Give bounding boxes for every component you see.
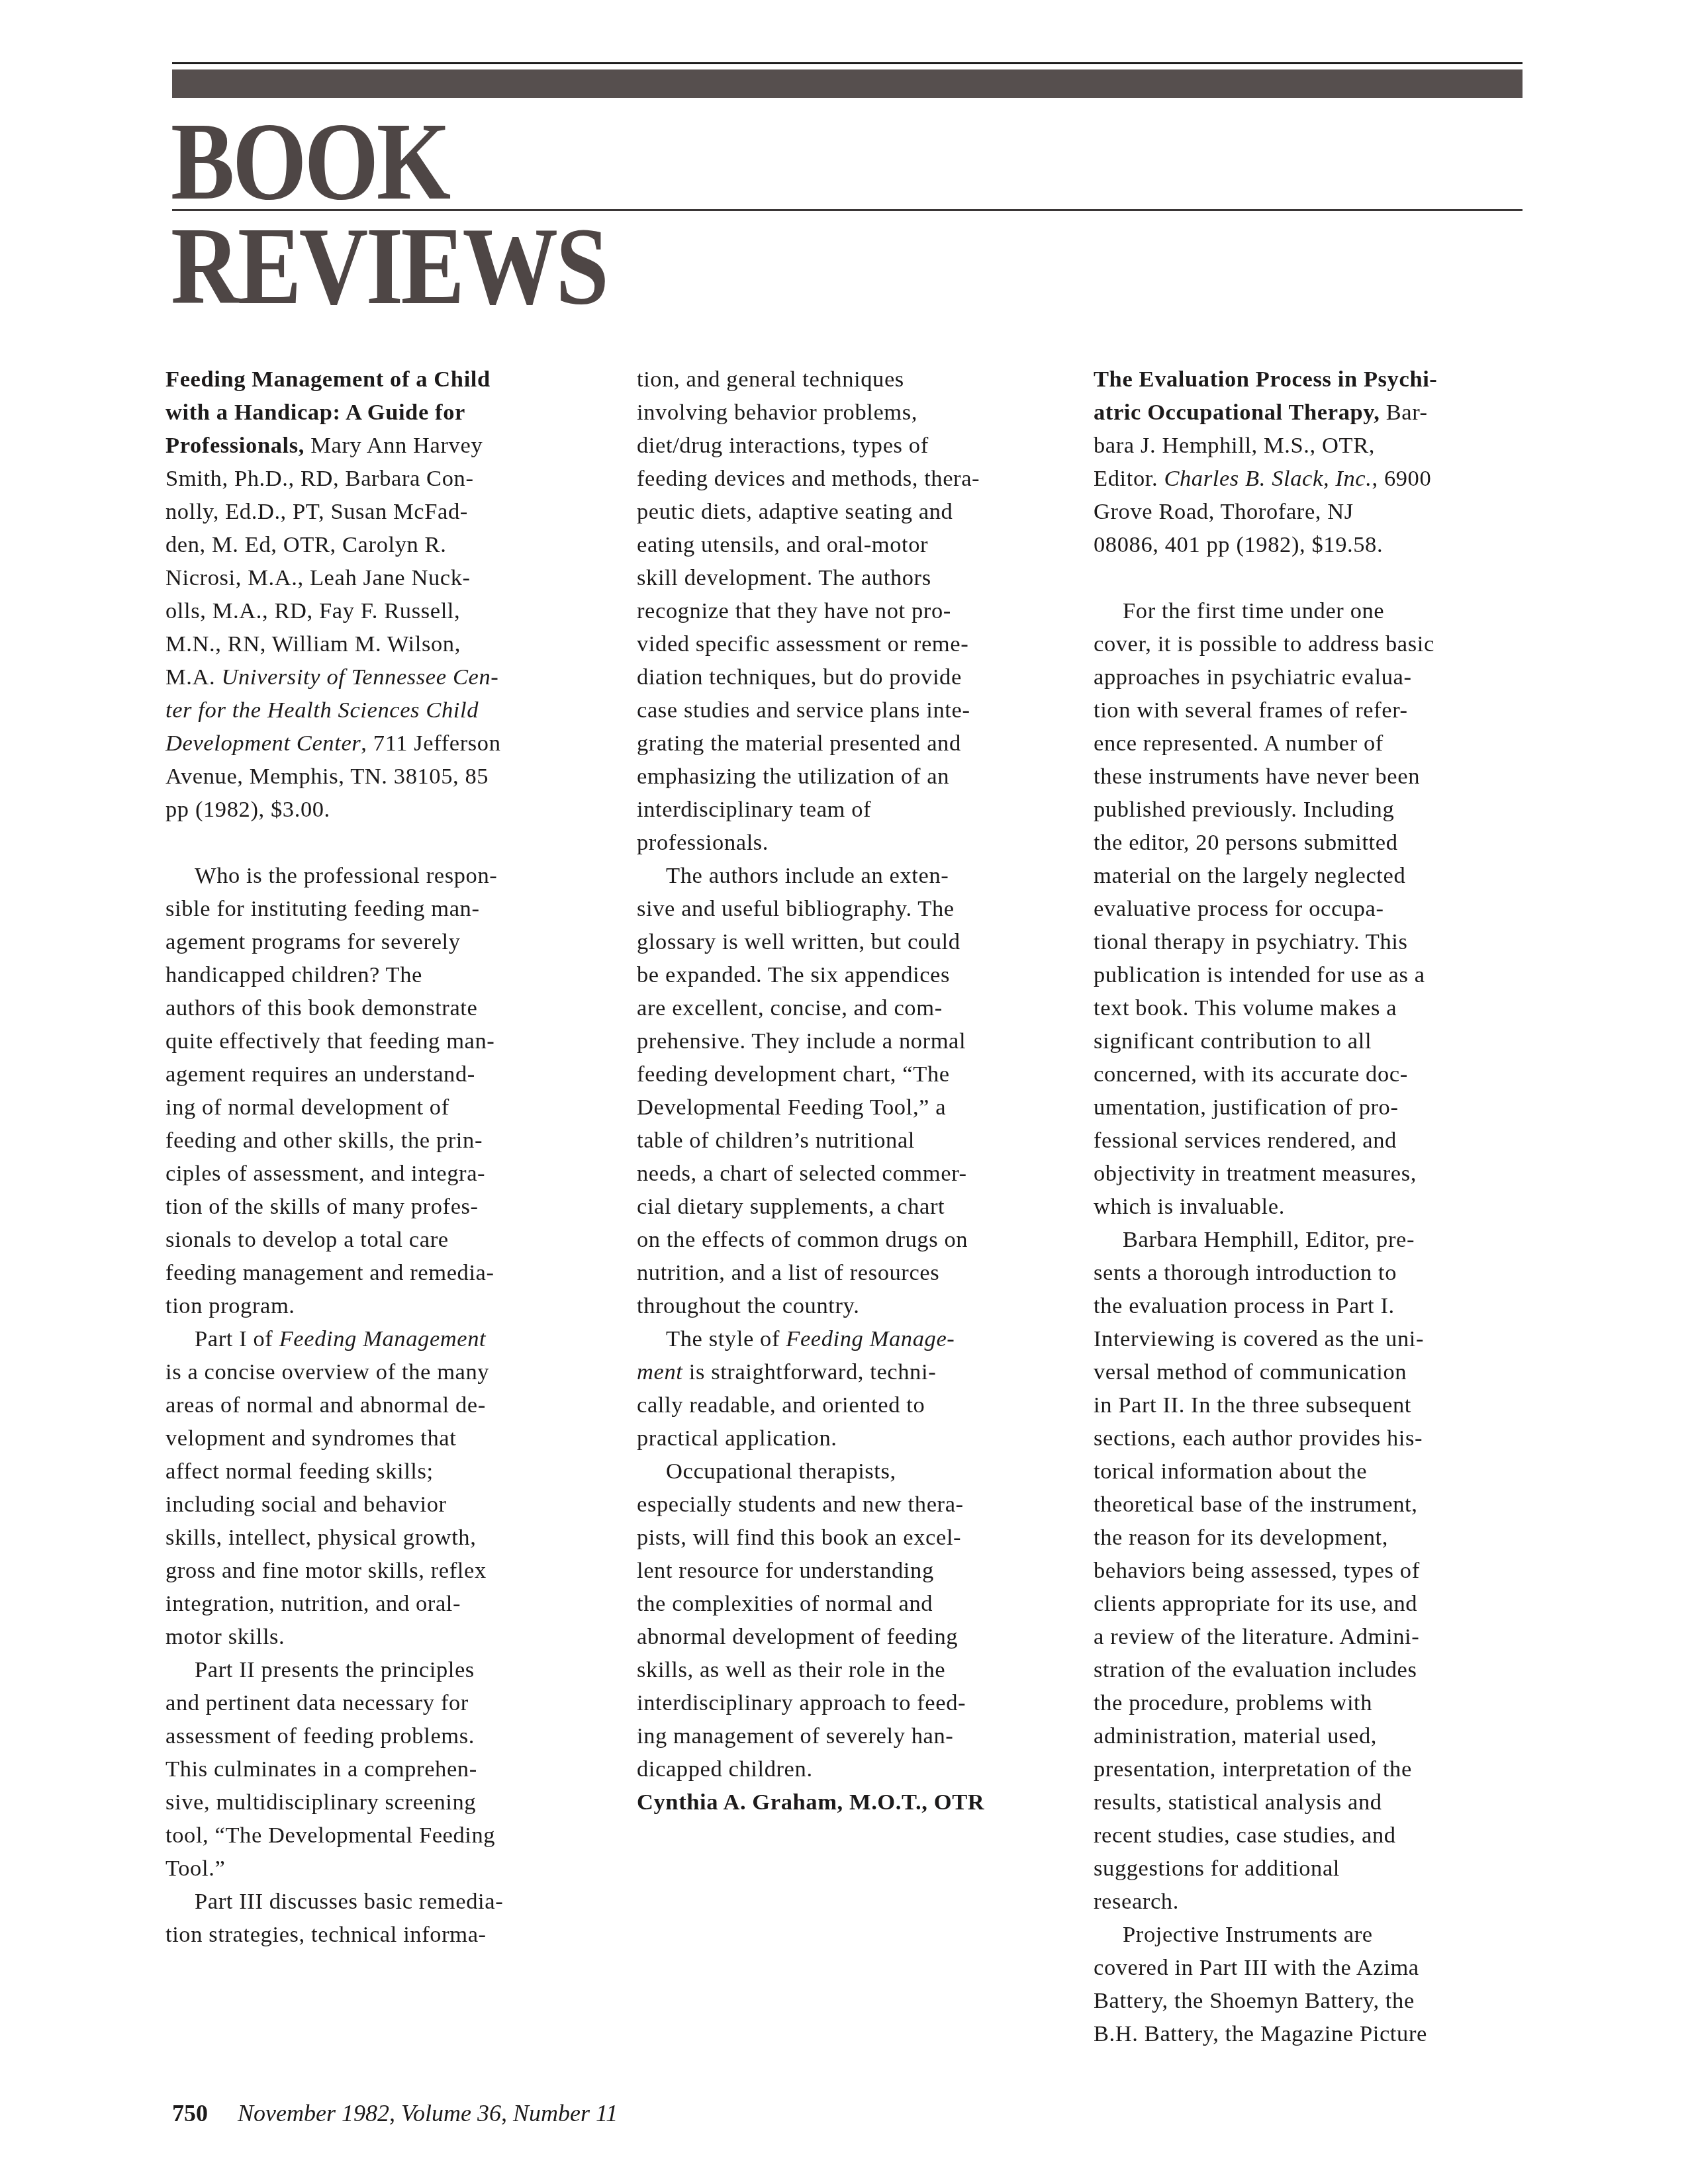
text-line: especially students and new thera- — [637, 1488, 1087, 1521]
text-line: tion of the skills of many profes- — [165, 1190, 616, 1223]
header-top-rule — [172, 62, 1523, 64]
text-line: sible for instituting feeding man- — [165, 892, 616, 925]
bold-run: Professionals, — [165, 433, 305, 458]
text-line: assessment of feeding problems. — [165, 1719, 616, 1752]
text-run: including social and behavior — [165, 1492, 447, 1517]
text-run: skill development. The authors — [637, 565, 931, 590]
text-run: gross and fine motor skills, reflex — [165, 1558, 487, 1583]
text-run: 08086, 401 pp (1982), $19.58. — [1094, 532, 1383, 557]
text-line: affect normal feeding skills; — [165, 1455, 616, 1488]
text-run: Bar- — [1380, 400, 1427, 425]
text-run: Interviewing is covered as the uni- — [1094, 1326, 1424, 1351]
text-run: tion program. — [165, 1293, 295, 1318]
text-line: sections, each author provides his- — [1094, 1422, 1544, 1455]
text-run: nolly, Ed.D., PT, Susan McFad- — [165, 499, 468, 524]
text-run: , 711 Jefferson — [361, 731, 500, 756]
text-line: publication is intended for use as a — [1094, 958, 1544, 991]
text-run: vided specific assessment or reme- — [637, 631, 968, 657]
text-line: objectivity in treatment measures, — [1094, 1157, 1544, 1190]
text-line: umentation, justification of pro- — [1094, 1091, 1544, 1124]
text-run: Battery, the Shoemyn Battery, the — [1094, 1988, 1415, 2013]
text-run: administration, material used, — [1094, 1723, 1377, 1749]
text-run: pp (1982), $3.00. — [165, 797, 330, 822]
text-run: Part I of — [195, 1326, 279, 1351]
text-line: skills, as well as their role in the — [637, 1653, 1087, 1686]
text-line: cally readable, and oriented to — [637, 1388, 1087, 1422]
citation-line: Professionals, Mary Ann Harvey — [165, 429, 616, 462]
text-run: torical information about the — [1094, 1459, 1367, 1484]
text-run: Barbara Hemphill, Editor, pre- — [1123, 1227, 1415, 1252]
text-run: theoretical base of the instrument, — [1094, 1492, 1417, 1517]
text-run: The authors include an exten- — [666, 863, 949, 888]
text-line: tional therapy in psychiatry. This — [1094, 925, 1544, 958]
text-run: velopment and syndromes that — [165, 1426, 456, 1451]
text-line: emphasizing the utilization of an — [637, 760, 1087, 793]
bold-run: Cynthia A. Graham, M.O.T., OTR — [637, 1790, 984, 1815]
text-line: agement requires an understand- — [165, 1058, 616, 1091]
text-line: case studies and service plans inte- — [637, 694, 1087, 727]
text-line: The style of Feeding Manage- — [637, 1322, 1087, 1355]
text-line: glossary is well written, but could — [637, 925, 1087, 958]
text-run: the editor, 20 persons submitted — [1094, 830, 1398, 855]
text-run: pists, will find this book an excel- — [637, 1525, 961, 1550]
text-line: administration, material used, — [1094, 1719, 1544, 1752]
text-line: approaches in psychiatric evalua- — [1094, 660, 1544, 694]
column-2: tion, and general techniquesinvolving be… — [637, 363, 1087, 1819]
text-line: evaluative process for occupa- — [1094, 892, 1544, 925]
text-run: authors of this book demonstrate — [165, 995, 477, 1021]
text-line: Part III discusses basic remedia- — [165, 1885, 616, 1918]
text-run: skills, intellect, physical growth, — [165, 1525, 476, 1550]
text-line: versal method of communication — [1094, 1355, 1544, 1388]
text-run: covered in Part III with the Azima — [1094, 1955, 1419, 1980]
text-run: Grove Road, Thorofare, NJ — [1094, 499, 1354, 524]
citation-line: Development Center, 711 Jefferson — [165, 727, 616, 760]
review2-body: For the first time under onecover, it is… — [1094, 594, 1544, 2050]
text-line: This culminates in a comprehen- — [165, 1752, 616, 1786]
text-run: cover, it is possible to address basic — [1094, 631, 1434, 657]
text-line: throughout the country. — [637, 1289, 1087, 1322]
text-line: ment is straightforward, techni- — [637, 1355, 1087, 1388]
text-run: practical application. — [637, 1426, 837, 1451]
citation-line: Nicrosi, M.A., Leah Jane Nuck- — [165, 561, 616, 594]
text-run: are excellent, concise, and com- — [637, 995, 943, 1021]
text-line: on the effects of common drugs on — [637, 1223, 1087, 1256]
italic-run: Development Center — [165, 731, 361, 756]
text-line: sive and useful bibliography. The — [637, 892, 1087, 925]
text-run: Occupational therapists, — [666, 1459, 896, 1484]
text-run: which is invaluable. — [1094, 1194, 1285, 1219]
text-line: quite effectively that feeding man- — [165, 1024, 616, 1058]
text-run: lent resource for understanding — [637, 1558, 934, 1583]
text-line: abnormal development of feeding — [637, 1620, 1087, 1653]
text-run: emphasizing the utilization of an — [637, 764, 949, 789]
text-line: clients appropriate for its use, and — [1094, 1587, 1544, 1620]
text-line: pists, will find this book an excel- — [637, 1521, 1087, 1554]
text-run: tional therapy in psychiatry. This — [1094, 929, 1408, 954]
text-line: practical application. — [637, 1422, 1087, 1455]
text-line: recognize that they have not pro- — [637, 594, 1087, 627]
bold-run: with a Handicap: A Guide for — [165, 400, 465, 425]
citation-line: den, M. Ed, OTR, Carolyn R. — [165, 528, 616, 561]
text-run: Part III discusses basic remedia- — [195, 1889, 503, 1914]
text-line: skill development. The authors — [637, 561, 1087, 594]
text-run: in Part II. In the three subsequent — [1094, 1392, 1411, 1418]
text-line: concerned, with its accurate doc- — [1094, 1058, 1544, 1091]
text-run: affect normal feeding skills; — [165, 1459, 434, 1484]
text-run: clients appropriate for its use, and — [1094, 1591, 1417, 1616]
text-line: authors of this book demonstrate — [165, 991, 616, 1024]
text-line: presentation, interpretation of the — [1094, 1752, 1544, 1786]
text-run: den, M. Ed, OTR, Carolyn R. — [165, 532, 446, 557]
text-line: interdisciplinary approach to feed- — [637, 1686, 1087, 1719]
text-line: ence represented. A number of — [1094, 727, 1544, 760]
citation-line: M.N., RN, William M. Wilson, — [165, 627, 616, 660]
citation-line: Editor. Charles B. Slack, Inc., 6900 — [1094, 462, 1544, 495]
text-run: involving behavior problems, — [637, 400, 917, 425]
column-3: The Evaluation Process in Psychi-atric O… — [1094, 363, 1544, 2050]
text-line: the reason for its development, — [1094, 1521, 1544, 1554]
text-run: sible for instituting feeding man- — [165, 896, 480, 921]
text-run: eating utensils, and oral-motor — [637, 532, 928, 557]
citation-line: with a Handicap: A Guide for — [165, 396, 616, 429]
text-run: presentation, interpretation of the — [1094, 1756, 1412, 1782]
text-run: case studies and service plans inte- — [637, 698, 970, 723]
text-run: feeding and other skills, the prin- — [165, 1128, 483, 1153]
citation-line: atric Occupational Therapy, Bar- — [1094, 396, 1544, 429]
text-run: text book. This volume makes a — [1094, 995, 1397, 1021]
text-line: Barbara Hemphill, Editor, pre- — [1094, 1223, 1544, 1256]
text-run: publication is intended for use as a — [1094, 962, 1425, 987]
text-line: Occupational therapists, — [637, 1455, 1087, 1488]
text-line: areas of normal and abnormal de- — [165, 1388, 616, 1422]
text-run: feeding management and remedia- — [165, 1260, 494, 1285]
text-line: is a concise overview of the many — [165, 1355, 616, 1388]
text-run: areas of normal and abnormal de- — [165, 1392, 486, 1418]
text-run: the procedure, problems with — [1094, 1690, 1372, 1715]
text-line: torical information about the — [1094, 1455, 1544, 1488]
text-run: feeding devices and methods, thera- — [637, 466, 980, 491]
text-run: dicapped children. — [637, 1756, 813, 1782]
text-run: results, statistical analysis and — [1094, 1790, 1382, 1815]
text-line: skills, intellect, physical growth, — [165, 1521, 616, 1554]
text-run: abnormal development of feeding — [637, 1624, 958, 1649]
text-line: table of children’s nutritional — [637, 1124, 1087, 1157]
italic-run: Feeding Management — [279, 1326, 487, 1351]
citation-line: The Evaluation Process in Psychi- — [1094, 363, 1544, 396]
text-run: recognize that they have not pro- — [637, 598, 951, 623]
text-line: The authors include an exten- — [637, 859, 1087, 892]
text-run: The style of — [666, 1326, 786, 1351]
section-title-book: BOOK — [171, 106, 449, 217]
text-run: Editor. — [1094, 466, 1164, 491]
text-line: involving behavior problems, — [637, 396, 1087, 429]
text-run: Tool.” — [165, 1856, 225, 1881]
review1-body-part1: Who is the professional respon-sible for… — [165, 859, 616, 1951]
text-run: objectivity in treatment measures, — [1094, 1161, 1417, 1186]
text-run: ing management of severely han- — [637, 1723, 953, 1749]
text-line: ing management of severely han- — [637, 1719, 1087, 1752]
text-line: theoretical base of the instrument, — [1094, 1488, 1544, 1521]
text-line: material on the largely neglected — [1094, 859, 1544, 892]
text-line: For the first time under one — [1094, 594, 1544, 627]
text-run: fessional services rendered, and — [1094, 1128, 1397, 1153]
text-run: be expanded. The six appendices — [637, 962, 950, 987]
citation-line: Feeding Management of a Child — [165, 363, 616, 396]
citation-line: Avenue, Memphis, TN. 38105, 85 — [165, 760, 616, 793]
text-line: a review of the literature. Admini- — [1094, 1620, 1544, 1653]
text-run: approaches in psychiatric evalua- — [1094, 664, 1412, 690]
citation-line: Grove Road, Thorofare, NJ — [1094, 495, 1544, 528]
text-run: Mary Ann Harvey — [305, 433, 483, 458]
text-run: sents a thorough introduction to — [1094, 1260, 1397, 1285]
text-line: sive, multidisciplinary screening — [165, 1786, 616, 1819]
text-run: peutic diets, adaptive seating and — [637, 499, 953, 524]
text-line: nutrition, and a list of resources — [637, 1256, 1087, 1289]
review1-citation: Feeding Management of a Childwith a Hand… — [165, 363, 616, 826]
text-run: is straightforward, techni- — [682, 1359, 936, 1385]
text-line: cover, it is possible to address basic — [1094, 627, 1544, 660]
text-run: ence represented. A number of — [1094, 731, 1383, 756]
text-line: research. — [1094, 1885, 1544, 1918]
page-footer: 750 November 1982, Volume 36, Number 11 — [172, 2099, 618, 2127]
text-run: agement requires an understand- — [165, 1062, 475, 1087]
review1-body-part2: tion, and general techniquesinvolving be… — [637, 363, 1087, 1819]
paragraph-gap — [1094, 561, 1544, 594]
text-line: behaviors being assessed, types of — [1094, 1554, 1544, 1587]
text-run: recent studies, case studies, and — [1094, 1823, 1396, 1848]
text-run: tion of the skills of many profes- — [165, 1194, 479, 1219]
text-run: Avenue, Memphis, TN. 38105, 85 — [165, 764, 489, 789]
text-run: olls, M.A., RD, Fay F. Russell, — [165, 598, 460, 623]
citation-line: ter for the Health Sciences Child — [165, 694, 616, 727]
text-line: Projective Instruments are — [1094, 1918, 1544, 1951]
text-run: Part II presents the principles — [195, 1657, 475, 1682]
text-run: sive and useful bibliography. The — [637, 896, 955, 921]
text-line: dicapped children. — [637, 1752, 1087, 1786]
text-line: and pertinent data necessary for — [165, 1686, 616, 1719]
text-run: nutrition, and a list of resources — [637, 1260, 939, 1285]
text-run: tion with several frames of refer- — [1094, 698, 1408, 723]
text-line: fessional services rendered, and — [1094, 1124, 1544, 1157]
text-run: agement programs for severely — [165, 929, 461, 954]
text-run: research. — [1094, 1889, 1179, 1914]
text-line: tion, and general techniques — [637, 363, 1087, 396]
bold-run: atric Occupational Therapy, — [1094, 400, 1380, 425]
text-line: which is invaluable. — [1094, 1190, 1544, 1223]
bold-run: The Evaluation Process in Psychi- — [1094, 367, 1437, 392]
text-line: feeding and other skills, the prin- — [165, 1124, 616, 1157]
text-run: is a concise overview of the many — [165, 1359, 489, 1385]
text-line: the complexities of normal and — [637, 1587, 1087, 1620]
text-run: M.N., RN, William M. Wilson, — [165, 631, 461, 657]
text-line: grating the material presented and — [637, 727, 1087, 760]
header-bar — [172, 69, 1523, 98]
text-line: interdisciplinary team of — [637, 793, 1087, 826]
text-run: tion strategies, technical informa- — [165, 1922, 487, 1947]
text-run: handicapped children? The — [165, 962, 422, 987]
review2-citation: The Evaluation Process in Psychi-atric O… — [1094, 363, 1544, 561]
text-line: agement programs for severely — [165, 925, 616, 958]
citation-line: Smith, Ph.D., RD, Barbara Con- — [165, 462, 616, 495]
text-line: motor skills. — [165, 1620, 616, 1653]
text-line: stration of the evaluation includes — [1094, 1653, 1544, 1686]
text-run: ing of normal development of — [165, 1095, 449, 1120]
text-run: diet/drug interactions, types of — [637, 433, 929, 458]
text-run: quite effectively that feeding man- — [165, 1028, 494, 1054]
text-line: the editor, 20 persons submitted — [1094, 826, 1544, 859]
text-run: the reason for its development, — [1094, 1525, 1388, 1550]
text-line: handicapped children? The — [165, 958, 616, 991]
citation-line: olls, M.A., RD, Fay F. Russell, — [165, 594, 616, 627]
text-line: vided specific assessment or reme- — [637, 627, 1087, 660]
text-line: velopment and syndromes that — [165, 1422, 616, 1455]
text-run: on the effects of common drugs on — [637, 1227, 968, 1252]
text-line: recent studies, case studies, and — [1094, 1819, 1544, 1852]
text-line: Part II presents the principles — [165, 1653, 616, 1686]
text-line: peutic diets, adaptive seating and — [637, 495, 1087, 528]
text-run: Nicrosi, M.A., Leah Jane Nuck- — [165, 565, 471, 590]
italic-run: Charles B. Slack, Inc. — [1164, 466, 1372, 491]
text-run: sionals to develop a total care — [165, 1227, 449, 1252]
text-run: stration of the evaluation includes — [1094, 1657, 1417, 1682]
text-line: diation techniques, but do provide — [637, 660, 1087, 694]
section-title-reviews: REVIEWS — [171, 210, 606, 322]
text-line: professionals. — [637, 826, 1087, 859]
text-line: tion with several frames of refer- — [1094, 694, 1544, 727]
text-run: needs, a chart of selected commer- — [637, 1161, 967, 1186]
text-run: integration, nutrition, and oral- — [165, 1591, 461, 1616]
text-run: significant contribution to all — [1094, 1028, 1372, 1054]
citation-line: pp (1982), $3.00. — [165, 793, 616, 826]
text-line: integration, nutrition, and oral- — [165, 1587, 616, 1620]
text-line: results, statistical analysis and — [1094, 1786, 1544, 1819]
citation-line: M.A. University of Tennessee Cen- — [165, 660, 616, 694]
text-line: B.H. Battery, the Magazine Picture — [1094, 2017, 1544, 2050]
text-run: professionals. — [637, 830, 769, 855]
text-line: text book. This volume makes a — [1094, 991, 1544, 1024]
text-line: prehensive. They include a normal — [637, 1024, 1087, 1058]
text-line: ciples of assessment, and integra- — [165, 1157, 616, 1190]
text-line: in Part II. In the three subsequent — [1094, 1388, 1544, 1422]
text-run: M.A. — [165, 664, 221, 690]
text-line: gross and fine motor skills, reflex — [165, 1554, 616, 1587]
text-run: prehensive. They include a normal — [637, 1028, 966, 1054]
text-line: covered in Part III with the Azima — [1094, 1951, 1544, 1984]
text-run: motor skills. — [165, 1624, 285, 1649]
text-run: a review of the literature. Admini- — [1094, 1624, 1419, 1649]
text-line: Tool.” — [165, 1852, 616, 1885]
text-line: needs, a chart of selected commer- — [637, 1157, 1087, 1190]
text-run: these instruments have never been — [1094, 764, 1420, 789]
text-run: throughout the country. — [637, 1293, 859, 1318]
citation-line: 08086, 401 pp (1982), $19.58. — [1094, 528, 1544, 561]
text-run: cial dietary supplements, a chart — [637, 1194, 945, 1219]
issue-info: November 1982, Volume 36, Number 11 — [238, 2100, 618, 2126]
text-line: Interviewing is covered as the uni- — [1094, 1322, 1544, 1355]
text-run: suggestions for additional — [1094, 1856, 1340, 1881]
text-run: concerned, with its accurate doc- — [1094, 1062, 1408, 1087]
bold-run: Feeding Management of a Child — [165, 367, 491, 392]
text-run: assessment of feeding problems. — [165, 1723, 475, 1749]
text-run: interdisciplinary team of — [637, 797, 871, 822]
text-run: feeding development chart, “The — [637, 1062, 950, 1087]
text-line: significant contribution to all — [1094, 1024, 1544, 1058]
text-run: diation techniques, but do provide — [637, 664, 962, 690]
text-line: lent resource for understanding — [637, 1554, 1087, 1587]
text-run: grating the material presented and — [637, 731, 961, 756]
text-run: umentation, justification of pro- — [1094, 1095, 1399, 1120]
text-run: especially students and new thera- — [637, 1492, 964, 1517]
text-line: sents a thorough introduction to — [1094, 1256, 1544, 1289]
text-line: ing of normal development of — [165, 1091, 616, 1124]
text-run: tion, and general techniques — [637, 367, 904, 392]
italic-run: University of Tennessee Cen- — [221, 664, 498, 690]
text-line: Cynthia A. Graham, M.O.T., OTR — [637, 1786, 1087, 1819]
text-line: feeding management and remedia- — [165, 1256, 616, 1289]
text-run: the complexities of normal and — [637, 1591, 933, 1616]
text-line: Part I of Feeding Management — [165, 1322, 616, 1355]
text-run: Who is the professional respon- — [195, 863, 497, 888]
text-run: material on the largely neglected — [1094, 863, 1405, 888]
text-run: This culminates in a comprehen- — [165, 1756, 477, 1782]
text-run: ciples of assessment, and integra- — [165, 1161, 485, 1186]
text-line: cial dietary supplements, a chart — [637, 1190, 1087, 1223]
text-line: the evaluation process in Part I. — [1094, 1289, 1544, 1322]
text-line: these instruments have never been — [1094, 760, 1544, 793]
text-run: skills, as well as their role in the — [637, 1657, 945, 1682]
text-line: published previously. Including — [1094, 793, 1544, 826]
text-line: Who is the professional respon- — [165, 859, 616, 892]
italic-run: Feeding Manage- — [786, 1326, 955, 1351]
text-line: including social and behavior — [165, 1488, 616, 1521]
text-line: tool, “The Developmental Feeding — [165, 1819, 616, 1852]
text-run: interdisciplinary approach to feed- — [637, 1690, 966, 1715]
text-line: tion strategies, technical informa- — [165, 1918, 616, 1951]
text-run: behaviors being assessed, types of — [1094, 1558, 1420, 1583]
paragraph-gap — [165, 826, 616, 859]
page-number: 750 — [172, 2100, 208, 2126]
text-line: suggestions for additional — [1094, 1852, 1544, 1885]
text-run: Smith, Ph.D., RD, Barbara Con- — [165, 466, 474, 491]
text-line: are excellent, concise, and com- — [637, 991, 1087, 1024]
text-run: bara J. Hemphill, M.S., OTR, — [1094, 433, 1375, 458]
text-run: tool, “The Developmental Feeding — [165, 1823, 495, 1848]
citation-line: bara J. Hemphill, M.S., OTR, — [1094, 429, 1544, 462]
italic-run: ter for the Health Sciences Child — [165, 698, 479, 723]
text-line: the procedure, problems with — [1094, 1686, 1544, 1719]
text-line: Battery, the Shoemyn Battery, the — [1094, 1984, 1544, 2017]
text-line: feeding devices and methods, thera- — [637, 462, 1087, 495]
citation-line: nolly, Ed.D., PT, Susan McFad- — [165, 495, 616, 528]
text-run: B.H. Battery, the Magazine Picture — [1094, 2021, 1427, 2046]
text-run: Projective Instruments are — [1123, 1922, 1373, 1947]
text-line: Developmental Feeding Tool,” a — [637, 1091, 1087, 1124]
text-run: evaluative process for occupa- — [1094, 896, 1384, 921]
text-line: eating utensils, and oral-motor — [637, 528, 1087, 561]
italic-run: ment — [637, 1359, 682, 1385]
text-run: glossary is well written, but could — [637, 929, 961, 954]
text-run: sive, multidisciplinary screening — [165, 1790, 476, 1815]
text-run: table of children’s nutritional — [637, 1128, 915, 1153]
text-line: sionals to develop a total care — [165, 1223, 616, 1256]
text-run: and pertinent data necessary for — [165, 1690, 469, 1715]
text-run: the evaluation process in Part I. — [1094, 1293, 1395, 1318]
text-run: published previously. Including — [1094, 797, 1394, 822]
text-line: diet/drug interactions, types of — [637, 429, 1087, 462]
text-run: versal method of communication — [1094, 1359, 1407, 1385]
text-line: be expanded. The six appendices — [637, 958, 1087, 991]
